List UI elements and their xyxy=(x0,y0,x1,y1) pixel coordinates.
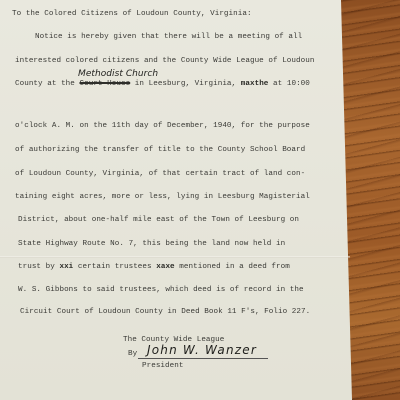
handwritten-methodist-church: Methodist Church xyxy=(78,69,158,79)
handwritten-signature: John W. Wanzer xyxy=(147,343,257,357)
paper-fold-line xyxy=(0,256,350,258)
body-line-12: Circuit Court of Loudoun County in Deed … xyxy=(20,308,310,316)
body-line-6: of Loudoun County, Virginia, of that cer… xyxy=(15,170,305,178)
body-line-8: District, about one-half mile east of th… xyxy=(18,216,299,224)
body-line-10: trust by xxi certain trustees xaxe menti… xyxy=(18,263,290,271)
line10-middle: certain trustees xyxy=(73,263,156,271)
body-line-9: State Highway Route No. 7, this being th… xyxy=(18,240,285,248)
line10-suffix: mentioned in a deed from xyxy=(175,263,290,271)
signature-title: President xyxy=(142,362,183,370)
struck-court-house: Court House xyxy=(80,80,131,88)
typed-over-1: xxi xyxy=(59,263,73,271)
body-line-2: interested colored citizens and the Coun… xyxy=(15,57,314,65)
line3-suffix-1: in Leesburg, Virginia, xyxy=(130,80,241,88)
typed-over-word: maxthe xyxy=(241,80,269,88)
signature-underline xyxy=(138,358,268,359)
body-line-1: Notice is hereby given that there will b… xyxy=(35,33,302,41)
signature-by-label: By xyxy=(128,350,137,358)
line3-suffix-2: at 10:00 xyxy=(268,80,309,88)
body-line-7: taining eight acres, more or less, lying… xyxy=(15,193,310,201)
body-line-4: o'clock A. M. on the 11th day of Decembe… xyxy=(15,122,310,130)
salutation: To the Colored Citizens of Loudoun Count… xyxy=(12,10,252,18)
body-line-3: County at the Court House in Leesburg, V… xyxy=(15,80,310,88)
line10-prefix: trust by xyxy=(18,263,59,271)
body-line-5: of authorizing the transfer of title to … xyxy=(15,146,305,154)
typed-over-2: xaxe xyxy=(156,263,174,271)
body-line-11: W. S. Gibbons to said trustees, which de… xyxy=(18,286,304,294)
line3-prefix: County at the xyxy=(15,80,80,88)
